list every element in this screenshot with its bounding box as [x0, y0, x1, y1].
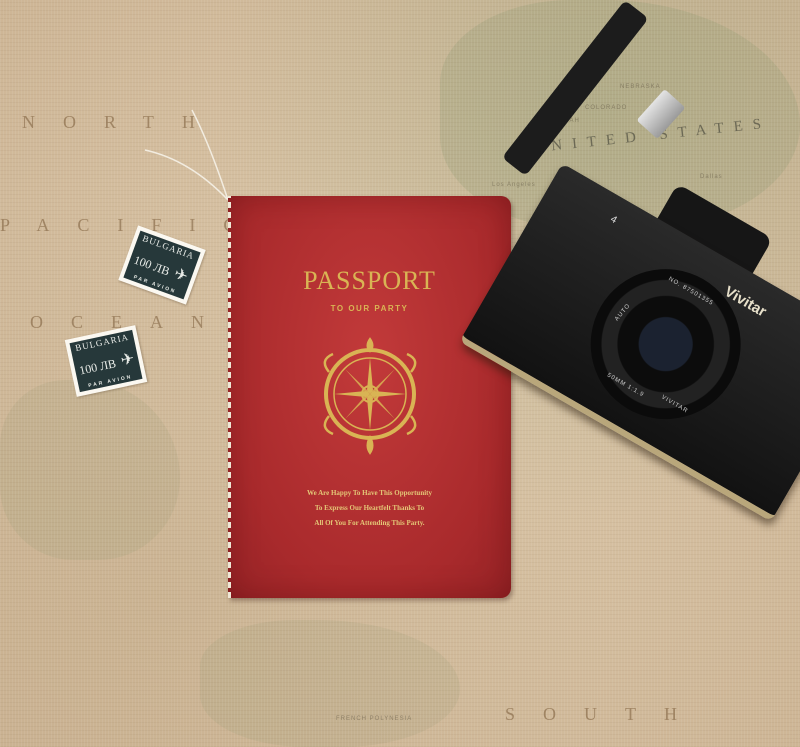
lens-spec: 50MM 1:1.9 [606, 373, 645, 399]
map-label-south: SOUTH [505, 704, 705, 725]
map-label-french-polynesia: FRENCH POLYNESIA [336, 716, 412, 722]
passport-message: We Are Happy To Have This Opportunity To… [228, 486, 511, 531]
passport-subtitle: TO OUR PARTY [228, 304, 511, 313]
map-label-pacific: PACIFIC [0, 215, 263, 236]
airplane-icon: ✈ [119, 348, 136, 370]
binding-thread [140, 105, 240, 205]
lens-mode: AUTO [614, 303, 632, 323]
message-line-2: To Express Our Heartfelt Thanks To [228, 501, 511, 516]
stitched-spine [228, 196, 231, 598]
photo-scene: NORTH PACIFIC OCEAN UNITED STATES SOUTH … [0, 0, 800, 747]
passport-title: PASSPORT [228, 266, 511, 296]
lens-brand: VIVITAR [660, 395, 689, 415]
stamp-value: 100 ЛВ [78, 356, 117, 378]
map-label-los-angeles: Los Angeles [492, 182, 536, 188]
message-line-1: We Are Happy To Have This Opportunity [228, 486, 511, 501]
message-line-3: All Of You For Attending This Party. [228, 516, 511, 531]
lens-serial: NO. 87501355 [667, 276, 714, 307]
map-label-nebraska: NEBRASKA [620, 84, 661, 90]
compass-rose-crest-icon [315, 332, 425, 462]
airplane-icon: ✈ [171, 263, 190, 286]
map-label-colorado: COLORADO [585, 105, 627, 111]
map-label-dallas: Dallas [700, 174, 723, 180]
